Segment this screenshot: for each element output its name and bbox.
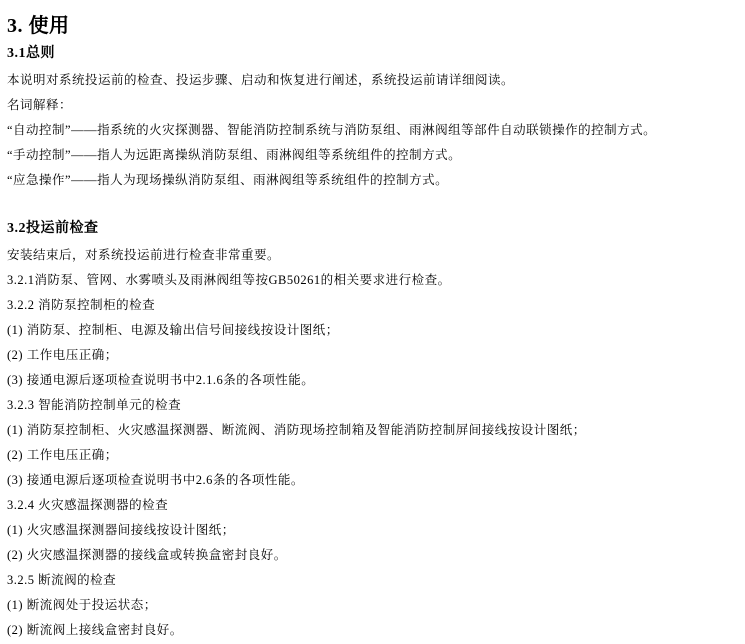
check-item-3-2-2-3: (3) 接通电源后逐项检查说明书中2.1.6条的各项性能。	[7, 374, 735, 387]
section-heading-3-1: 3.1总则	[7, 46, 735, 62]
check-item-3-2-5-2: (2) 断流阀上接线盒密封良好。	[7, 624, 735, 637]
subsection-3-2-1: 3.2.1消防泵、管网、水雾喷头及雨淋阀组等按GB50261的相关要求进行检查。	[7, 274, 735, 287]
check-item-3-2-5-1: (1) 断流阀处于投运状态；	[7, 599, 735, 612]
term-manual-control: “手动控制”——指人为远距离操纵消防泵组、雨淋阀组等系统组件的控制方式。	[7, 149, 735, 162]
term-auto-control: “自动控制”——指系统的火灾探测器、智能消防控制系统与消防泵组、雨淋阀组等部件自…	[7, 124, 735, 137]
intro-paragraph: 本说明对系统投运前的检查、投运步骤、启动和恢复进行阐述，系统投运前请详细阅读。	[7, 74, 735, 87]
section-3-1: 3.1总则 本说明对系统投运前的检查、投运步骤、启动和恢复进行阐述，系统投运前请…	[7, 46, 735, 187]
check-item-3-2-2-1: (1) 消防泵、控制柜、电源及输出信号间接线按设计图纸；	[7, 324, 735, 337]
term-emergency-operation: “应急操作”——指人为现场操纵消防泵组、雨淋阀组等系统组件的控制方式。	[7, 174, 735, 187]
check-item-3-2-2-2: (2) 工作电压正确；	[7, 349, 735, 362]
glossary-label: 名词解释：	[7, 99, 735, 112]
check-item-3-2-3-2: (2) 工作电压正确；	[7, 449, 735, 462]
subsection-heading-3-2-2: 3.2.2 消防泵控制柜的检查	[7, 299, 735, 312]
subsection-heading-3-2-4: 3.2.4 火灾感温探测器的检查	[7, 499, 735, 512]
check-item-3-2-3-3: (3) 接通电源后逐项检查说明书中2.6条的各项性能。	[7, 474, 735, 487]
section-3-2: 3.2投运前检查 安装结束后，对系统投运前进行检查非常重要。 3.2.1消防泵、…	[7, 221, 735, 637]
section-heading-3-2: 3.2投运前检查	[7, 221, 735, 237]
check-item-3-2-4-2: (2) 火灾感温探测器的接线盒或转换盒密封良好。	[7, 549, 735, 562]
pre-commissioning-note: 安装结束后，对系统投运前进行检查非常重要。	[7, 249, 735, 262]
document-title: 3. 使用	[7, 15, 735, 38]
check-item-3-2-3-1: (1) 消防泵控制柜、火灾感温探测器、断流阀、消防现场控制箱及智能消防控制屏间接…	[7, 424, 735, 437]
document-page: 3. 使用 3.1总则 本说明对系统投运前的检查、投运步骤、启动和恢复进行阐述，…	[0, 0, 745, 644]
subsection-heading-3-2-3: 3.2.3 智能消防控制单元的检查	[7, 399, 735, 412]
subsection-heading-3-2-5: 3.2.5 断流阀的检查	[7, 574, 735, 587]
check-item-3-2-4-1: (1) 火灾感温探测器间接线按设计图纸；	[7, 524, 735, 537]
